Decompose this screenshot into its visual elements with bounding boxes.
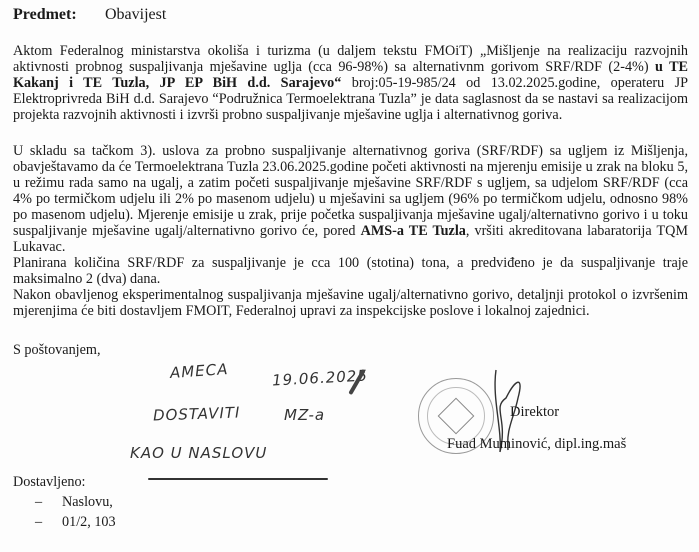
document-page: Predmet: Obavijest Aktom Federalnog mini… bbox=[0, 0, 699, 552]
handwritten-note: KAO U NASLOVU bbox=[130, 444, 267, 462]
subject-label: Predmet: bbox=[13, 6, 77, 23]
paragraph-approval: Aktom Federalnog ministarstva okoliša i … bbox=[13, 43, 688, 123]
distribution-item: 01/2, 103 bbox=[35, 512, 116, 532]
handwritten-note: AMECA bbox=[169, 360, 229, 382]
distribution-label: Dostavljeno: bbox=[13, 472, 116, 492]
paragraph-protocol: Nakon obavljenog eksperimentalnog suspal… bbox=[13, 287, 688, 319]
distribution-item: Naslovu, bbox=[35, 492, 116, 512]
paragraph-notification: U skladu sa tačkom 3). uslova za probno … bbox=[13, 143, 688, 319]
handwritten-note: DOSTAVITI bbox=[153, 403, 241, 424]
signatory-name: Fuad Muminović, dipl.ing.maš bbox=[447, 436, 626, 453]
signatory-title: Direktor bbox=[510, 404, 559, 421]
paragraph-quantity: Planirana količina SRF/RDF za suspaljiva… bbox=[13, 255, 688, 287]
closing-salutation: S poštovanjem, bbox=[13, 342, 101, 359]
handwritten-underline bbox=[148, 478, 328, 480]
subject-line: Predmet: Obavijest bbox=[13, 6, 77, 24]
paragraph1-text: Aktom Federalnog ministarstva okoliša i … bbox=[13, 43, 688, 75]
subject-value: Obavijest bbox=[105, 6, 166, 24]
handwritten-note: MZ-a bbox=[284, 406, 325, 424]
paragraph2-bold: AMS-a TE Tuzla bbox=[361, 223, 466, 239]
distribution-list: Dostavljeno: Naslovu, 01/2, 103 bbox=[13, 472, 116, 532]
